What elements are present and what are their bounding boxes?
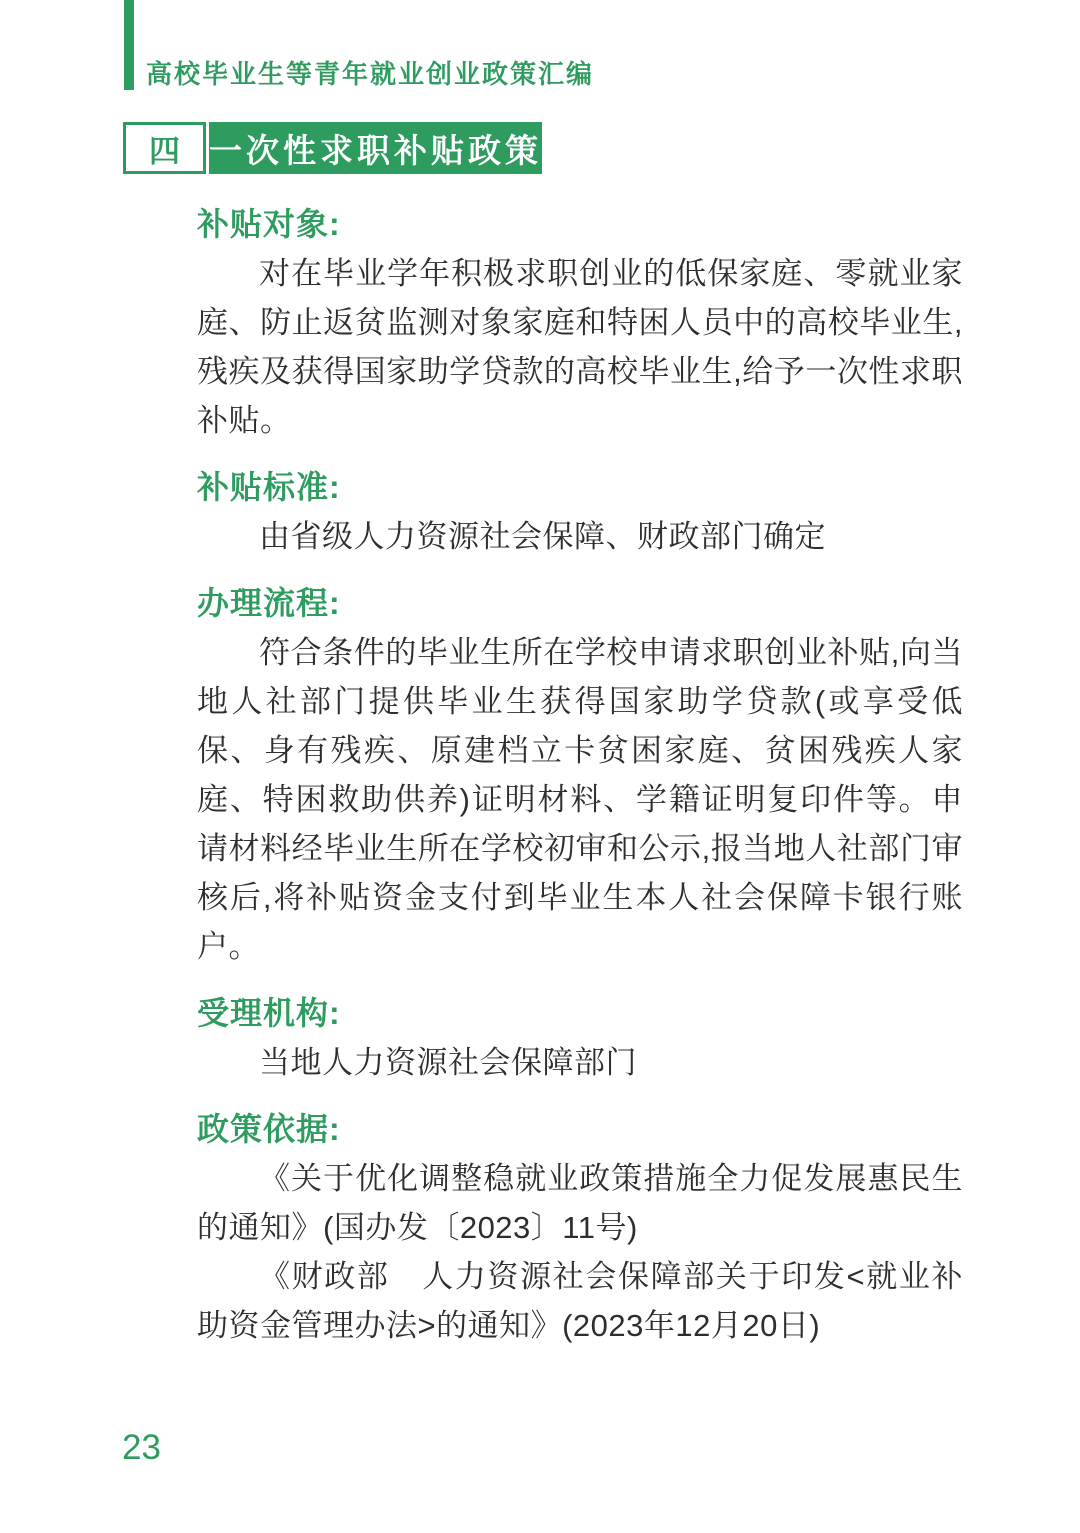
policy-content: 补贴对象: 对在毕业学年积极求职创业的低保家庭、零就业家庭、防止返贫监测对象家庭… [197, 200, 963, 1350]
section-heading: 办理流程: [197, 579, 963, 628]
section-heading: 受理机构: [197, 989, 963, 1038]
section-title-band: 一次性求职补贴政策 [209, 122, 542, 174]
section-number-box: 四 [123, 122, 206, 174]
section-subsidy-target: 补贴对象: 对在毕业学年积极求职创业的低保家庭、零就业家庭、防止返贫监测对象家庭… [197, 200, 963, 445]
header-accent-bar [124, 0, 134, 90]
section-subsidy-standard: 补贴标准: 由省级人力资源社会保障、财政部门确定 [197, 463, 963, 561]
section-title: 一次性求职补贴政策 [209, 125, 542, 172]
section-number: 四 [149, 126, 180, 171]
section-paragraph: 对在毕业学年积极求职创业的低保家庭、零就业家庭、防止返贫监测对象家庭和特困人员中… [197, 249, 963, 445]
document-header-title: 高校毕业生等青年就业创业政策汇编 [146, 54, 594, 91]
page-number: 23 [122, 1428, 161, 1468]
section-paragraph: 符合条件的毕业生所在学校申请求职创业补贴,向当地人社部门提供毕业生获得国家助学贷… [197, 628, 963, 971]
section-paragraph: 《财政部 人力资源社会保障部关于印发<就业补助资金管理办法>的通知》(2023年… [197, 1252, 963, 1350]
section-paragraph: 由省级人力资源社会保障、财政部门确定 [197, 512, 963, 561]
section-heading: 政策依据: [197, 1105, 963, 1154]
section-paragraph: 《关于优化调整稳就业政策措施全力促发展惠民生的通知》(国办发〔2023〕11号) [197, 1154, 963, 1252]
section-policy-basis: 政策依据: 《关于优化调整稳就业政策措施全力促发展惠民生的通知》(国办发〔202… [197, 1105, 963, 1350]
section-paragraph: 当地人力资源社会保障部门 [197, 1038, 963, 1087]
section-accepting-agency: 受理机构: 当地人力资源社会保障部门 [197, 989, 963, 1087]
section-heading: 补贴标准: [197, 463, 963, 512]
section-banner: 四 一次性求职补贴政策 [123, 122, 542, 174]
section-procedure: 办理流程: 符合条件的毕业生所在学校申请求职创业补贴,向当地人社部门提供毕业生获… [197, 579, 963, 971]
section-heading: 补贴对象: [197, 200, 963, 249]
